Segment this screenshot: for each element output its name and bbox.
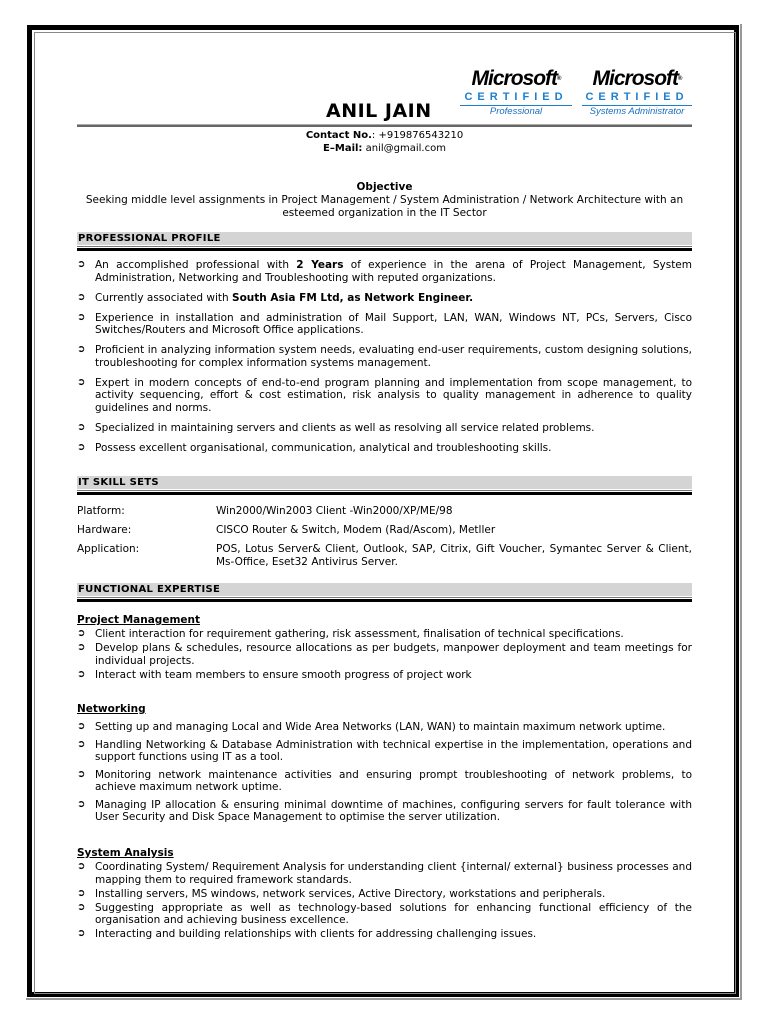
arrow-bullet-icon: ➲: [77, 669, 85, 682]
expertise-item: ➲Interacting and building relationships …: [77, 928, 692, 941]
subhead-system-analysis: System Analysis: [77, 847, 174, 859]
expertise-item: ➲Handling Networking & Database Administ…: [77, 739, 692, 764]
project-management-list: ➲Client interaction for requirement gath…: [77, 628, 692, 683]
arrow-bullet-icon: ➲: [77, 442, 85, 455]
skill-value: POS, Lotus Server& Client, Outlook, SAP,…: [216, 543, 692, 568]
candidate-name: ANIL JAIN: [326, 100, 432, 122]
arrow-bullet-icon: ➲: [77, 799, 85, 812]
section-professional-profile: PROFESSIONAL PROFILE: [77, 232, 692, 251]
arrow-bullet-icon: ➲: [77, 628, 85, 641]
header-divider: [77, 124, 692, 127]
section-title: FUNCTIONAL EXPERTISE: [77, 583, 692, 596]
section-title: IT SKILL SETS: [77, 476, 692, 489]
arrow-bullet-icon: ➲: [77, 292, 85, 305]
cert-badge-sysadmin: Microsoft® CERTIFIED Systems Administrat…: [582, 68, 692, 118]
skill-row: Application:POS, Lotus Server& Client, O…: [77, 543, 692, 568]
cert-badge-professional: Microsoft® CERTIFIED Professional: [460, 68, 572, 118]
section-functional-expertise: FUNCTIONAL EXPERTISE: [77, 583, 692, 602]
arrow-bullet-icon: ➲: [77, 377, 85, 390]
arrow-bullet-icon: ➲: [77, 888, 85, 901]
contact-email: E–Mail: anil@gmail.com: [77, 142, 692, 155]
section-title: PROFESSIONAL PROFILE: [77, 232, 692, 245]
expertise-item: ➲Client interaction for requirement gath…: [77, 628, 692, 641]
arrow-bullet-icon: ➲: [77, 721, 85, 734]
expertise-item: ➲Managing IP allocation & ensuring minim…: [77, 799, 692, 824]
skill-row: Hardware:CISCO Router & Switch, Modem (R…: [77, 524, 692, 537]
skill-label: Application:: [77, 543, 216, 568]
system-analysis-list: ➲Coordinating System/ Requirement Analys…: [77, 861, 692, 942]
email-link[interactable]: anil@gmail.com: [362, 143, 446, 154]
profile-item: ➲Experience in installation and administ…: [77, 312, 692, 337]
profile-item: ➲Expert in modern concepts of end-to-end…: [77, 377, 692, 415]
expertise-item: ➲Installing servers, MS windows, network…: [77, 888, 692, 901]
arrow-bullet-icon: ➲: [77, 344, 85, 357]
skill-value: CISCO Router & Switch, Modem (Rad/Ascom)…: [216, 524, 692, 537]
expertise-item: ➲Monitoring network maintenance activiti…: [77, 769, 692, 794]
expertise-item: ➲Develop plans & schedules, resource all…: [77, 642, 692, 667]
certified-label: CERTIFIED: [460, 90, 572, 106]
skill-label: Platform:: [77, 505, 216, 518]
expertise-item: ➲Interact with team members to ensure sm…: [77, 669, 692, 682]
arrow-bullet-icon: ➲: [77, 642, 85, 655]
arrow-bullet-icon: ➲: [77, 769, 85, 782]
profile-item: ➲An accomplished professional with 2 Yea…: [77, 259, 692, 284]
it-skills-table: Platform:Win2000/Win2003 Client -Win2000…: [77, 505, 692, 575]
arrow-bullet-icon: ➲: [77, 312, 85, 325]
arrow-bullet-icon: ➲: [77, 259, 85, 272]
cert-title: Professional: [460, 106, 572, 118]
subhead-project-management: Project Management: [77, 614, 200, 626]
objective-heading: Objective: [77, 181, 692, 193]
skill-label: Hardware:: [77, 524, 216, 537]
microsoft-logo: Microsoft®: [460, 68, 572, 90]
skill-value: Win2000/Win2003 Client -Win2000/XP/ME/98: [216, 505, 692, 518]
arrow-bullet-icon: ➲: [77, 739, 85, 752]
section-it-skill-sets: IT SKILL SETS: [77, 476, 692, 495]
arrow-bullet-icon: ➲: [77, 928, 85, 941]
skill-row: Platform:Win2000/Win2003 Client -Win2000…: [77, 505, 692, 518]
cert-title: Systems Administrator: [582, 106, 692, 118]
profile-item: ➲Specialized in maintaining servers and …: [77, 422, 692, 435]
networking-list: ➲Setting up and managing Local and Wide …: [77, 721, 692, 829]
expertise-item: ➲Coordinating System/ Requirement Analys…: [77, 861, 692, 886]
arrow-bullet-icon: ➲: [77, 861, 85, 874]
subhead-networking: Networking: [77, 703, 146, 715]
objective-text: Seeking middle level assignments in Proj…: [77, 194, 692, 220]
profile-item: ➲Possess excellent organisational, commu…: [77, 442, 692, 455]
professional-profile-list: ➲An accomplished professional with 2 Yea…: [77, 259, 692, 462]
microsoft-logo: Microsoft®: [582, 68, 692, 90]
certified-label: CERTIFIED: [582, 90, 692, 106]
arrow-bullet-icon: ➲: [77, 902, 85, 915]
expertise-item: ➲Setting up and managing Local and Wide …: [77, 721, 692, 734]
profile-item: ➲Proficient in analyzing information sys…: [77, 344, 692, 369]
arrow-bullet-icon: ➲: [77, 422, 85, 435]
expertise-item: ➲Suggesting appropriate as well as techn…: [77, 902, 692, 927]
contact-number: Contact No.: +919876543210: [77, 129, 692, 142]
profile-item: ➲Currently associated with South Asia FM…: [77, 292, 692, 305]
